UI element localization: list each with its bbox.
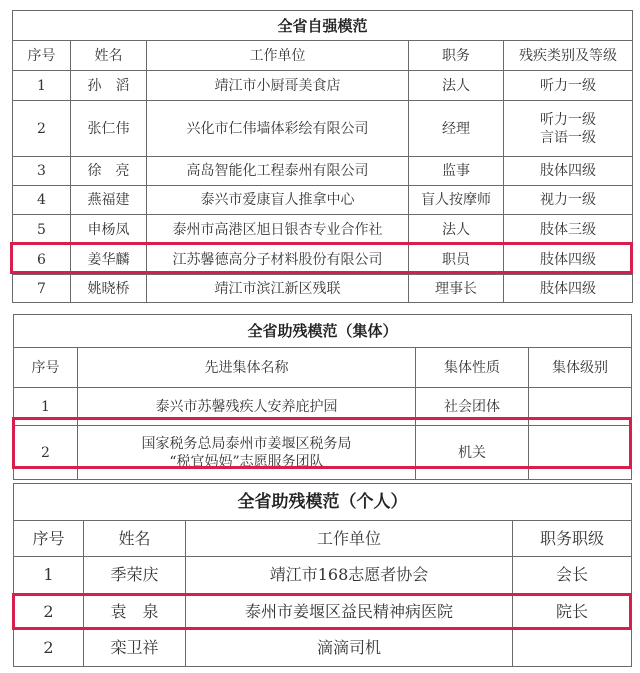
header-no: 序号 xyxy=(14,521,84,557)
cell-no: 1 xyxy=(14,557,84,594)
table-row: 1 孙 滔 靖江市小厨哥美食店 法人 听力一级 xyxy=(13,71,633,101)
table-row: 3 徐 亮 高岛智能化工程泰州有限公司 监事 肢体四级 xyxy=(13,157,633,186)
table-row: 2 栾卫祥 滴滴司机 xyxy=(14,630,632,667)
cell-unit: 泰兴市爱康盲人推拿中心 xyxy=(147,186,409,215)
header-position: 职务 xyxy=(409,41,504,71)
cell-position: 监事 xyxy=(409,157,504,186)
header-level: 集体级别 xyxy=(529,348,632,388)
cell-name: 栾卫祥 xyxy=(84,630,186,667)
cell-no: 3 xyxy=(13,157,71,186)
table-row: 7 姚晓桥 靖江市滨江新区残联 理事长 肢体四级 xyxy=(13,275,633,303)
cell-name: 袁 泉 xyxy=(84,594,186,630)
header-collective-name: 先进集体名称 xyxy=(78,348,416,388)
cell-position: 法人 xyxy=(409,215,504,245)
header-name: 姓名 xyxy=(84,521,186,557)
cell-no: 1 xyxy=(13,71,71,101)
cell-nature: 社会团体 xyxy=(416,388,529,426)
cell-position: 法人 xyxy=(409,71,504,101)
cell-collective-name: 国家税务总局泰州市姜堰区税务局 “税官妈妈”志愿服务团队 xyxy=(78,426,416,480)
cell-unit: 靖江市滨江新区残联 xyxy=(147,275,409,303)
cell-rank xyxy=(513,630,632,667)
table-row: 2 张仁伟 兴化市仁伟墙体彩绘有限公司 经理 听力一级 言语一级 xyxy=(13,101,633,157)
cell-unit: 靖江市小厨哥美食店 xyxy=(147,71,409,101)
cell-unit: 高岛智能化工程泰州有限公司 xyxy=(147,157,409,186)
cell-position: 经理 xyxy=(409,101,504,157)
cell-unit: 江苏馨德高分子材料股份有限公司 xyxy=(147,245,409,275)
table-title: 全省助残模范（集体） xyxy=(14,315,632,348)
header-nature: 集体性质 xyxy=(416,348,529,388)
cell-no: 2 xyxy=(14,594,84,630)
header-unit: 工作单位 xyxy=(186,521,513,557)
header-rank: 职务职级 xyxy=(513,521,632,557)
cell-nature: 机关 xyxy=(416,426,529,480)
table-self-improvement-models: 全省自强模范 序号 姓名 工作单位 职务 残疾类别及等级 1 孙 滔 靖江市小厨… xyxy=(12,10,633,303)
table-title: 全省助残模范（个人） xyxy=(14,484,632,521)
cell-no: 1 xyxy=(14,388,78,426)
table-collective-assistance-models: 全省助残模范（集体） 序号 先进集体名称 集体性质 集体级别 1 泰兴市苏馨残疾… xyxy=(13,314,632,480)
cell-unit: 泰州市姜堰区益民精神病医院 xyxy=(186,594,513,630)
table-row-highlighted: 2 袁 泉 泰州市姜堰区益民精神病医院 院长 xyxy=(14,594,632,630)
table-title: 全省自强模范 xyxy=(13,11,633,41)
cell-position: 职员 xyxy=(409,245,504,275)
table-individual-assistance-models: 全省助残模范（个人） 序号 姓名 工作单位 职务职级 1 季荣庆 靖江市168志… xyxy=(13,483,632,667)
table-row-highlighted: 6 姜华麟 江苏馨德高分子材料股份有限公司 职员 肢体四级 xyxy=(13,245,633,275)
cell-level xyxy=(529,426,632,480)
cell-disability: 肢体三级 xyxy=(504,215,633,245)
cell-name: 季荣庆 xyxy=(84,557,186,594)
cell-name: 姜华麟 xyxy=(71,245,147,275)
header-unit: 工作单位 xyxy=(147,41,409,71)
cell-unit: 兴化市仁伟墙体彩绘有限公司 xyxy=(147,101,409,157)
cell-collective-name: 泰兴市苏馨残疾人安养庇护园 xyxy=(78,388,416,426)
header-disability: 残疾类别及等级 xyxy=(504,41,633,71)
cell-position: 盲人按摩师 xyxy=(409,186,504,215)
cell-no: 2 xyxy=(13,101,71,157)
cell-no: 6 xyxy=(13,245,71,275)
header-no: 序号 xyxy=(13,41,71,71)
disability-line-2: 言语一级 xyxy=(504,129,632,147)
cell-name: 申杨凤 xyxy=(71,215,147,245)
cell-level xyxy=(529,388,632,426)
table-row-highlighted: 2 国家税务总局泰州市姜堰区税务局 “税官妈妈”志愿服务团队 机关 xyxy=(14,426,632,480)
cell-name: 孙 滔 xyxy=(71,71,147,101)
table-row: 4 燕福建 泰兴市爱康盲人推拿中心 盲人按摩师 视力一级 xyxy=(13,186,633,215)
table-row: 1 泰兴市苏馨残疾人安养庇护园 社会团体 xyxy=(14,388,632,426)
cell-disability: 肢体四级 xyxy=(504,157,633,186)
cell-no: 2 xyxy=(14,630,84,667)
cell-unit: 靖江市168志愿者协会 xyxy=(186,557,513,594)
cell-name: 燕福建 xyxy=(71,186,147,215)
cell-name: 姚晓桥 xyxy=(71,275,147,303)
cell-disability: 听力一级 言语一级 xyxy=(504,101,633,157)
cell-disability: 肢体四级 xyxy=(504,245,633,275)
cell-rank: 会长 xyxy=(513,557,632,594)
cell-position: 理事长 xyxy=(409,275,504,303)
cell-no: 5 xyxy=(13,215,71,245)
cell-unit: 滴滴司机 xyxy=(186,630,513,667)
header-no: 序号 xyxy=(14,348,78,388)
name-line-1: 国家税务总局泰州市姜堰区税务局 xyxy=(78,435,415,453)
name-line-2: “税官妈妈”志愿服务团队 xyxy=(78,453,415,471)
cell-disability: 听力一级 xyxy=(504,71,633,101)
cell-no: 7 xyxy=(13,275,71,303)
cell-no: 2 xyxy=(14,426,78,480)
cell-rank: 院长 xyxy=(513,594,632,630)
cell-unit: 泰州市高港区旭日银杏专业合作社 xyxy=(147,215,409,245)
header-name: 姓名 xyxy=(71,41,147,71)
cell-disability: 肢体四级 xyxy=(504,275,633,303)
cell-name: 徐 亮 xyxy=(71,157,147,186)
disability-line-1: 听力一级 xyxy=(504,111,632,129)
table-row: 5 申杨凤 泰州市高港区旭日银杏专业合作社 法人 肢体三级 xyxy=(13,215,633,245)
table-row: 1 季荣庆 靖江市168志愿者协会 会长 xyxy=(14,557,632,594)
cell-no: 4 xyxy=(13,186,71,215)
cell-disability: 视力一级 xyxy=(504,186,633,215)
cell-name: 张仁伟 xyxy=(71,101,147,157)
